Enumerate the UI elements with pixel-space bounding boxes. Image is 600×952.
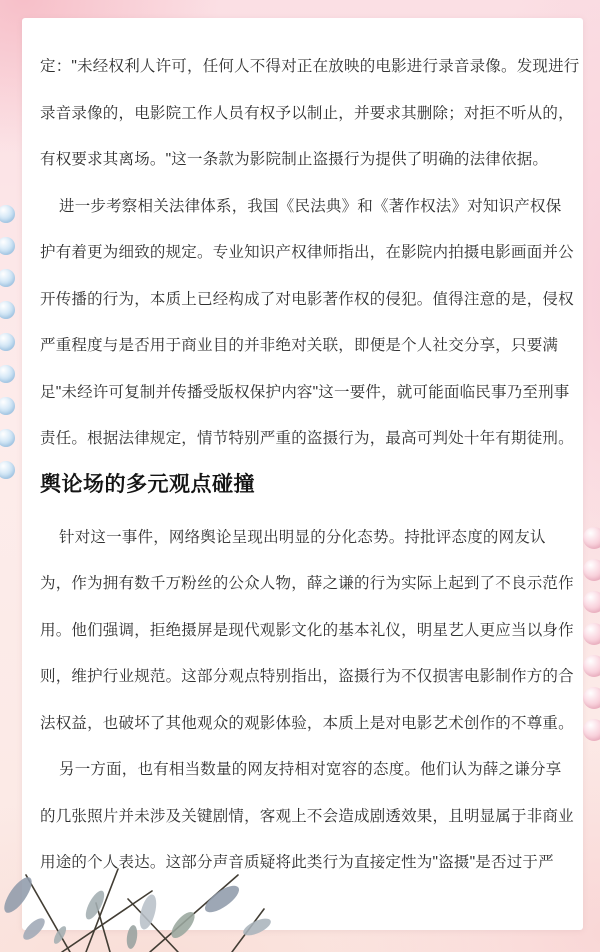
text-line: 进一步考察相关法律体系，我国《民法典》和《著作权法》对知识产权保 [40,184,565,231]
section-heading: 舆论场的多元观点碰撞 [40,470,565,500]
pink-bubble-decoration [583,559,600,581]
pink-bubble-decoration [583,591,600,613]
paragraph-3: 针对这一事件，网络舆论呈现出明显的分化态势。持批评态度的网友认为，作为拥有数千万… [40,515,565,748]
text-line: 责任。根据法律规定，情节特别严重的盗摄行为，最高可判处十年有期徒刑。 [40,416,565,463]
blue-bubble-decoration [0,333,15,351]
paragraph-1: 定："未经权利人许可，任何人不得对正在放映的电影进行录音录像。发现进行录音录像的… [40,44,565,184]
text-line: 另一方面，也有相当数量的网友持相对宽容的态度。他们认为薛之谦分享 [40,747,565,794]
pink-bubble-decoration [583,623,600,645]
article-card: 定："未经权利人许可，任何人不得对正在放映的电影进行录音录像。发现进行录音录像的… [22,18,583,930]
pink-bubble-decoration [583,687,600,709]
text-line: 为，作为拥有数千万粉丝的公众人物，薛之谦的行为实际上起到了不良示范作 [40,561,565,608]
blue-bubble-decoration [0,237,15,255]
blue-bubble-decoration [0,397,15,415]
blue-bubble-decoration [0,269,15,287]
text-line: 法权益，也破坏了其他观众的观影体验，本质上是对电影艺术创作的不尊重。 [40,701,565,748]
pink-bubble-decoration [583,527,600,549]
text-line: 则，维护行业规范。这部分观点特别指出，盗摄行为不仅损害电影制作方的合 [40,654,565,701]
article-page: 定："未经权利人许可，任何人不得对正在放映的电影进行录音录像。发现进行录音录像的… [0,0,600,952]
blue-bubble-decoration [0,461,15,479]
blue-bubble-decoration [0,429,15,447]
pink-bubble-decoration [583,655,600,677]
text-line: 有权要求其离场。"这一条款为影院制止盗摄行为提供了明确的法律依据。 [40,137,565,184]
watercolor-leaves-decoration [0,817,320,952]
text-line: 开传播的行为，本质上已经构成了对电影著作权的侵犯。值得注意的是，侵权 [40,277,565,324]
text-line: 严重程度与是否用于商业目的并非绝对关联，即便是个人社交分享，只要满 [40,323,565,370]
blue-bubble-decoration [0,205,15,223]
paragraph-2: 进一步考察相关法律体系，我国《民法典》和《著作权法》对知识产权保护有着更为细致的… [40,184,565,463]
text-line: 足"未经许可复制并传播受版权保护内容"这一要件，就可能面临民事乃至刑事 [40,370,565,417]
text-line: 定："未经权利人许可，任何人不得对正在放映的电影进行录音录像。发现进行 [40,44,565,91]
text-line: 录音录像的，电影院工作人员有权予以制止，并要求其删除；对拒不听从的， [40,91,565,138]
pink-bubble-decoration [583,719,600,741]
blue-bubble-decoration [0,365,15,383]
blue-bubble-decoration [0,301,15,319]
text-line: 护有着更为细致的规定。专业知识产权律师指出，在影院内拍摄电影画面并公 [40,230,565,277]
text-line: 用。他们强调，拒绝摄屏是现代观影文化的基本礼仪，明星艺人更应当以身作 [40,608,565,655]
text-line: 针对这一事件，网络舆论呈现出明显的分化态势。持批评态度的网友认 [40,515,565,562]
